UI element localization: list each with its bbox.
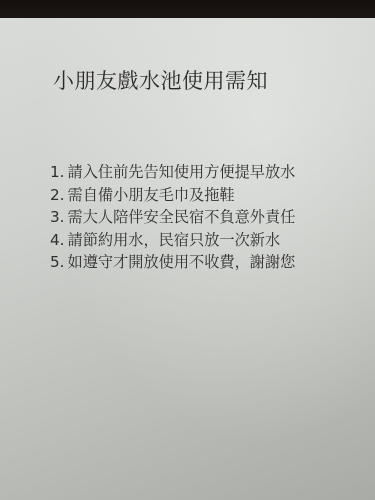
rule-item: 1.請入住前先告知使用方便提早放水 — [50, 161, 295, 184]
paper-notice-sheet: 小朋友戲水池使用需知 1.請入住前先告知使用方便提早放水 2.需自備小朋友毛巾及… — [0, 18, 375, 500]
rule-text: 需大人陪伴安全民宿不負意外責任 — [68, 208, 296, 226]
rule-number: 4. — [50, 231, 65, 249]
rule-text: 如遵守才開放使用不收費，謝謝您 — [68, 253, 296, 271]
rules-list: 1.請入住前先告知使用方便提早放水 2.需自備小朋友毛巾及拖鞋 3.需大人陪伴安… — [50, 161, 295, 274]
dark-background-edge — [0, 0, 375, 18]
rule-text: 請入住前先告知使用方便提早放水 — [68, 163, 296, 181]
rule-item: 3.需大人陪伴安全民宿不負意外責任 — [50, 206, 295, 229]
rule-number: 2. — [50, 186, 65, 204]
rule-item: 5.如遵守才開放使用不收費，謝謝您 — [50, 251, 295, 274]
rule-number: 5. — [50, 253, 65, 271]
rule-number: 3. — [50, 208, 65, 226]
rule-text: 請節約用水，民宿只放一次新水 — [68, 231, 281, 249]
rule-text: 需自備小朋友毛巾及拖鞋 — [68, 186, 235, 204]
rule-item: 2.需自備小朋友毛巾及拖鞋 — [50, 184, 295, 207]
notice-title: 小朋友戲水池使用需知 — [53, 65, 268, 95]
rule-item: 4.請節約用水，民宿只放一次新水 — [50, 229, 295, 252]
rule-number: 1. — [50, 163, 65, 181]
